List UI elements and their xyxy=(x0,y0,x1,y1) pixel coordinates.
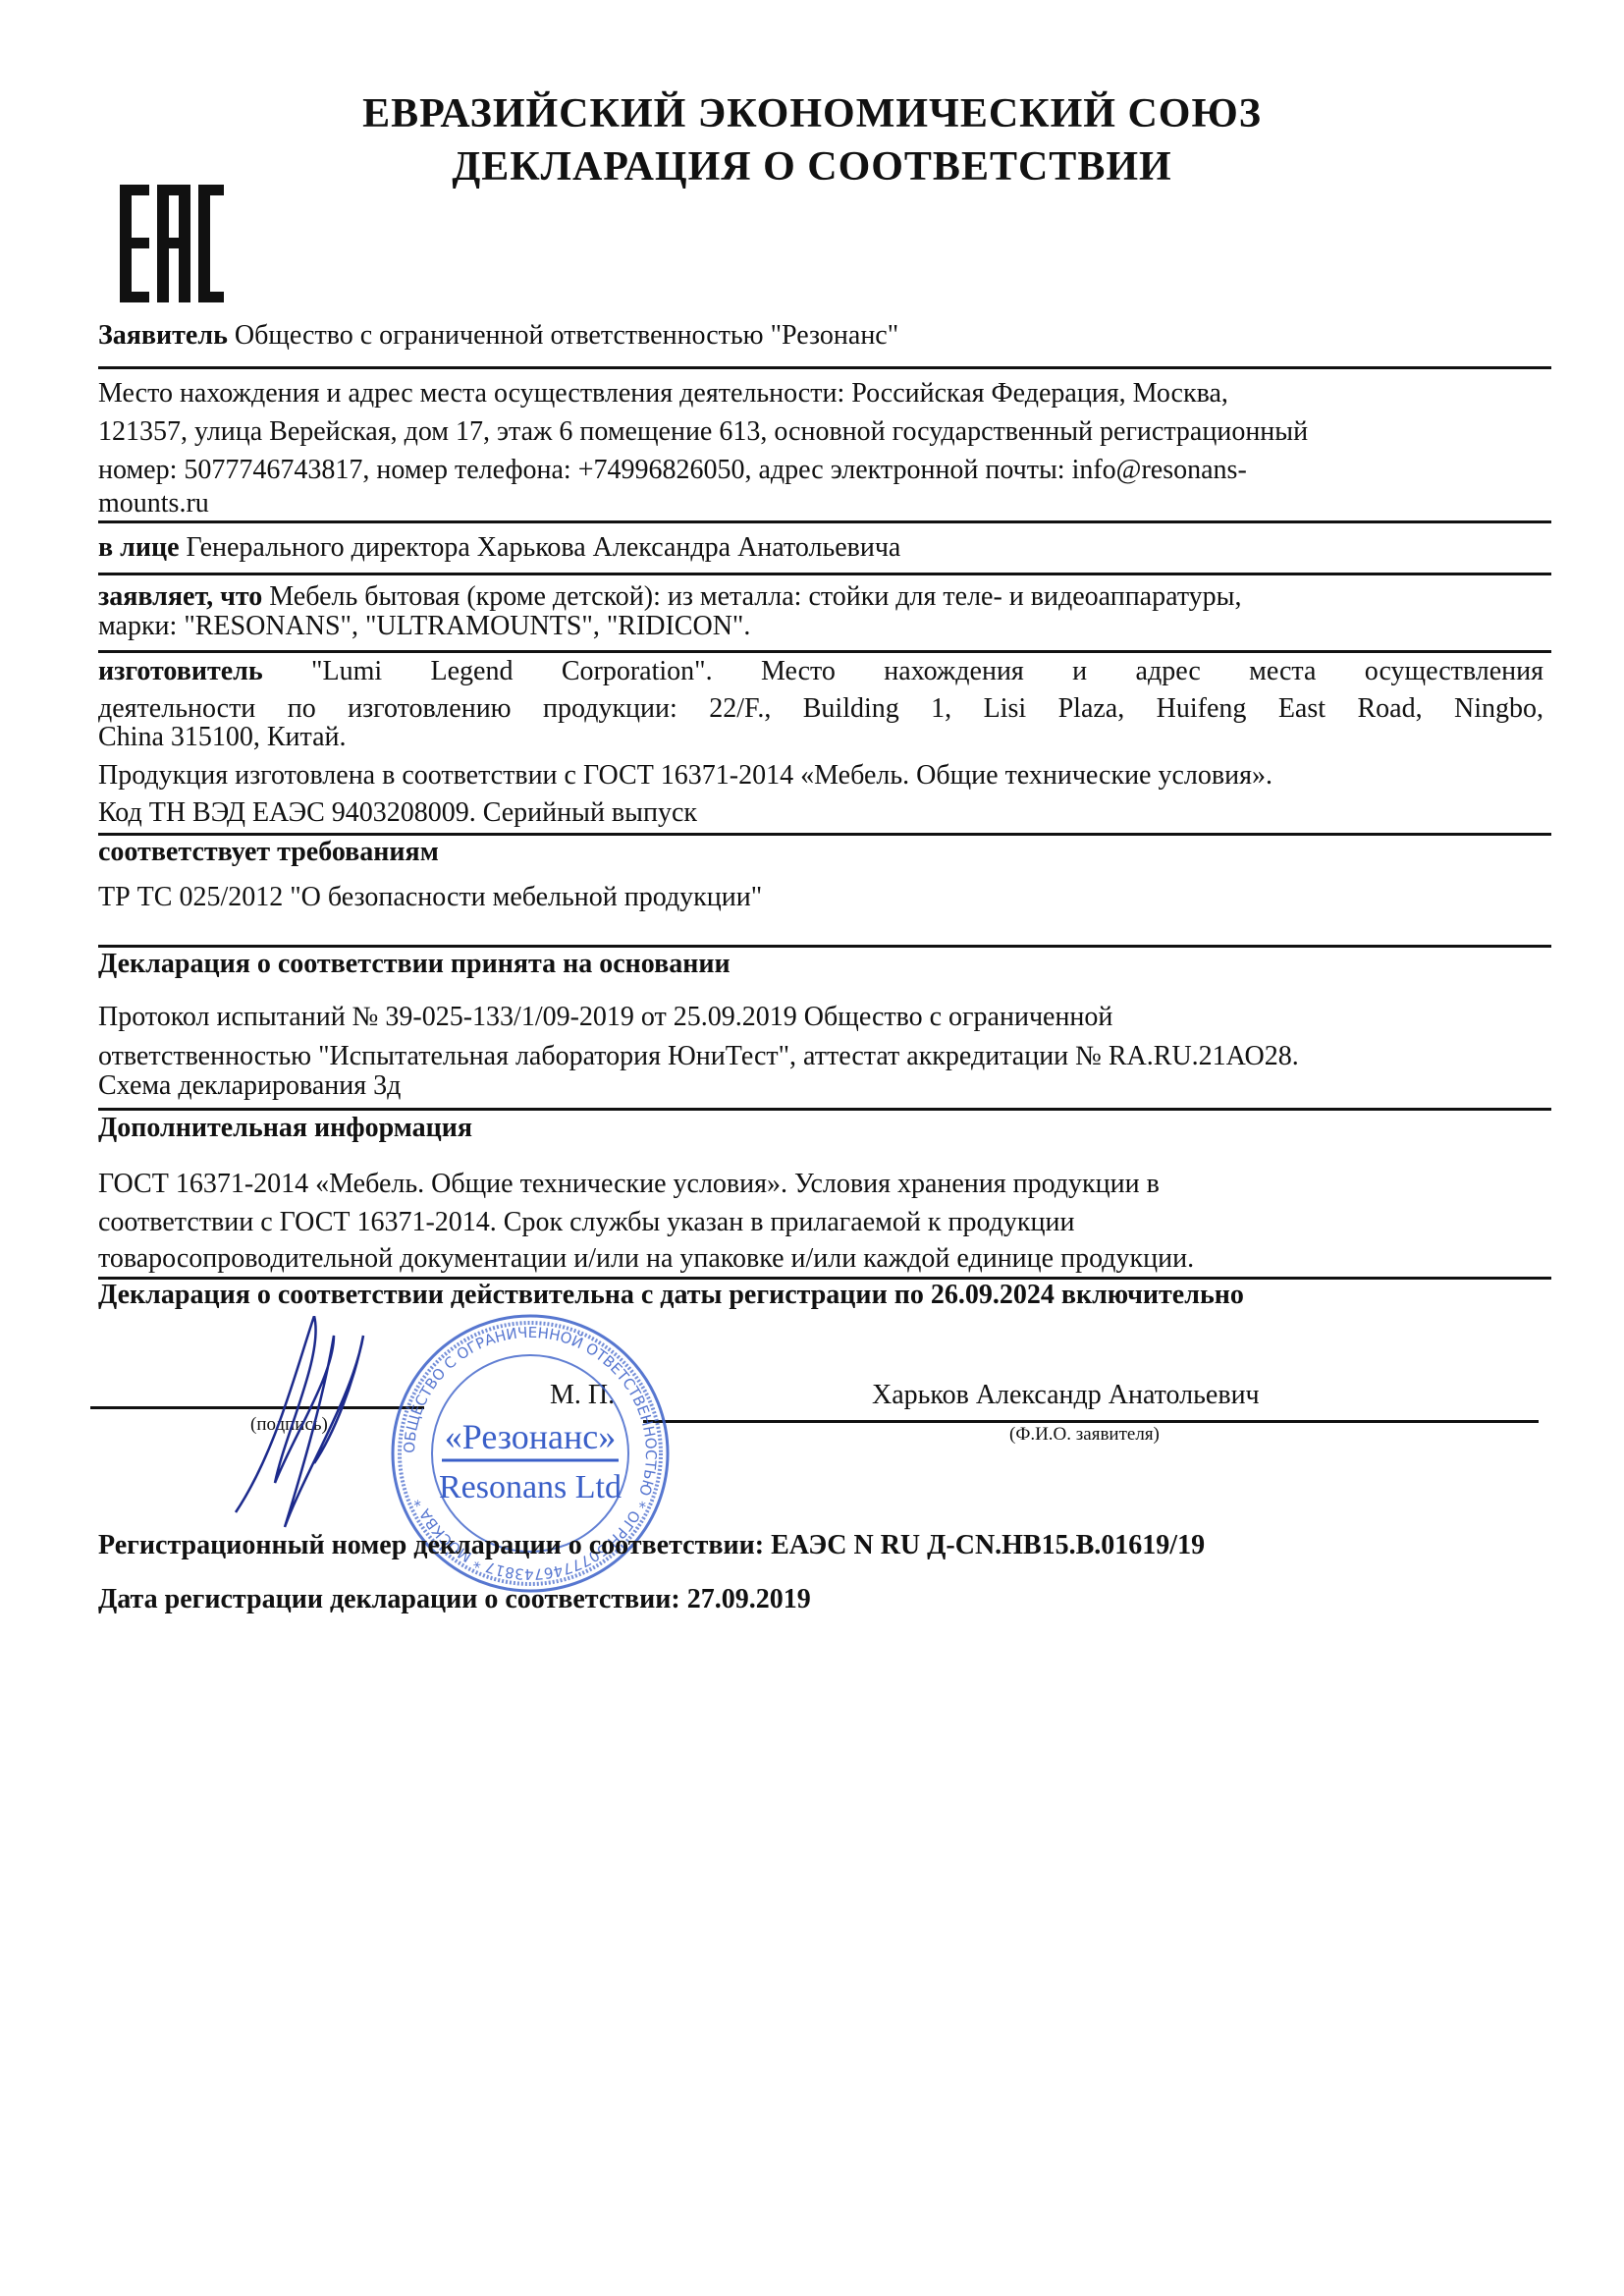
address-line-2: 121357, улица Верейская, дом 17, этаж 6 … xyxy=(98,416,1308,448)
manufacturer-line-1: "Lumi Legend Corporation". Место нахожде… xyxy=(311,656,1543,686)
declares-line-2: марки: "RESONANS", "ULTRAMOUNTS", "RIDIC… xyxy=(98,611,750,642)
eac-logo-icon xyxy=(120,185,224,302)
manufacturer-label: изготовитель xyxy=(98,656,263,686)
divider xyxy=(98,650,1551,653)
manufacturer-line-2: деятельности по изготовлению продукции: … xyxy=(98,693,1543,725)
divider xyxy=(98,945,1551,948)
stamp-center-bottom: Resonans Ltd xyxy=(439,1469,622,1505)
address-line-1: Место нахождения и адрес места осуществл… xyxy=(98,378,1228,410)
address-line-4: mounts.ru xyxy=(98,488,209,519)
declares-row: заявляет, что Мебель бытовая (кроме детс… xyxy=(98,581,1242,613)
declares-line-1: Мебель бытовая (кроме детской): из метал… xyxy=(269,581,1241,612)
registration-date-row: Дата регистрации декларации о соответств… xyxy=(98,1584,811,1615)
manufacturer-line-5: Код ТН ВЭД ЕАЭС 9403208009. Серийный вып… xyxy=(98,797,697,829)
applicant-label: Заявитель xyxy=(98,320,228,351)
applicant-row: Заявитель Общество с ограниченной ответс… xyxy=(98,320,898,352)
applicant-value: Общество с ограниченной ответственностью… xyxy=(235,320,898,351)
title-line-2: ДЕКЛАРАЦИЯ О СООТВЕТСТВИИ xyxy=(0,143,1624,191)
basis-label: Декларация о соответствии принята на осн… xyxy=(98,949,731,980)
registration-date-label: Дата регистрации декларации о соответств… xyxy=(98,1584,680,1614)
name-line xyxy=(643,1420,1539,1423)
basis-line-1: Протокол испытаний № 39-025-133/1/09-201… xyxy=(98,1002,1112,1033)
additional-label: Дополнительная информация xyxy=(98,1113,472,1144)
signature-icon xyxy=(216,1316,412,1532)
basis-line-2: ответственностью "Испытательная лаборато… xyxy=(98,1041,1299,1072)
representative-label: в лице xyxy=(98,532,180,563)
address-line-3: номер: 5077746743817, номер телефона: +7… xyxy=(98,455,1247,486)
registration-number-label: Регистрационный номер декларации о соотв… xyxy=(98,1530,764,1560)
basis-line-3: Схема декларирования 3д xyxy=(98,1070,401,1102)
registration-number-row: Регистрационный номер декларации о соотв… xyxy=(98,1530,1205,1561)
representative-row: в лице Генерального директора Харькова А… xyxy=(98,532,900,564)
requirements-label: соответствует требованиям xyxy=(98,837,439,868)
applicant-name: Харьков Александр Анатольевич xyxy=(872,1380,1260,1411)
manufacturer-row: изготовитель "Lumi Legend Corporation". … xyxy=(98,656,1543,687)
additional-line-3: товаросопроводительной документации и/ил… xyxy=(98,1243,1194,1275)
divider xyxy=(98,1108,1551,1111)
requirements-value: ТР ТС 025/2012 "О безопасности мебельной… xyxy=(98,882,762,913)
additional-line-2: соответствии с ГОСТ 16371-2014. Срок слу… xyxy=(98,1207,1074,1238)
declares-label: заявляет, что xyxy=(98,581,262,612)
divider xyxy=(98,366,1551,369)
additional-line-1: ГОСТ 16371-2014 «Мебель. Общие техническ… xyxy=(98,1169,1160,1200)
manufacturer-line-3: China 315100, Китай. xyxy=(98,722,347,753)
stamp-center-top: «Резонанс» xyxy=(445,1417,616,1456)
representative-value: Генерального директора Харькова Александ… xyxy=(187,532,901,563)
title-line-1: ЕВРАЗИЙСКИЙ ЭКОНОМИЧЕСКИЙ СОЮЗ xyxy=(0,90,1624,137)
name-caption: (Ф.И.О. заявителя) xyxy=(1009,1424,1160,1446)
registration-number-value: ЕАЭС N RU Д-CN.НВ15.В.01619/19 xyxy=(771,1530,1205,1560)
registration-date-value: 27.09.2019 xyxy=(687,1584,811,1614)
divider xyxy=(98,520,1551,523)
divider xyxy=(98,573,1551,575)
divider xyxy=(98,833,1551,836)
validity-text: Декларация о соответствии действительна … xyxy=(98,1280,1244,1311)
manufacturer-line-4: Продукция изготовлена в соответствии с Г… xyxy=(98,760,1272,792)
